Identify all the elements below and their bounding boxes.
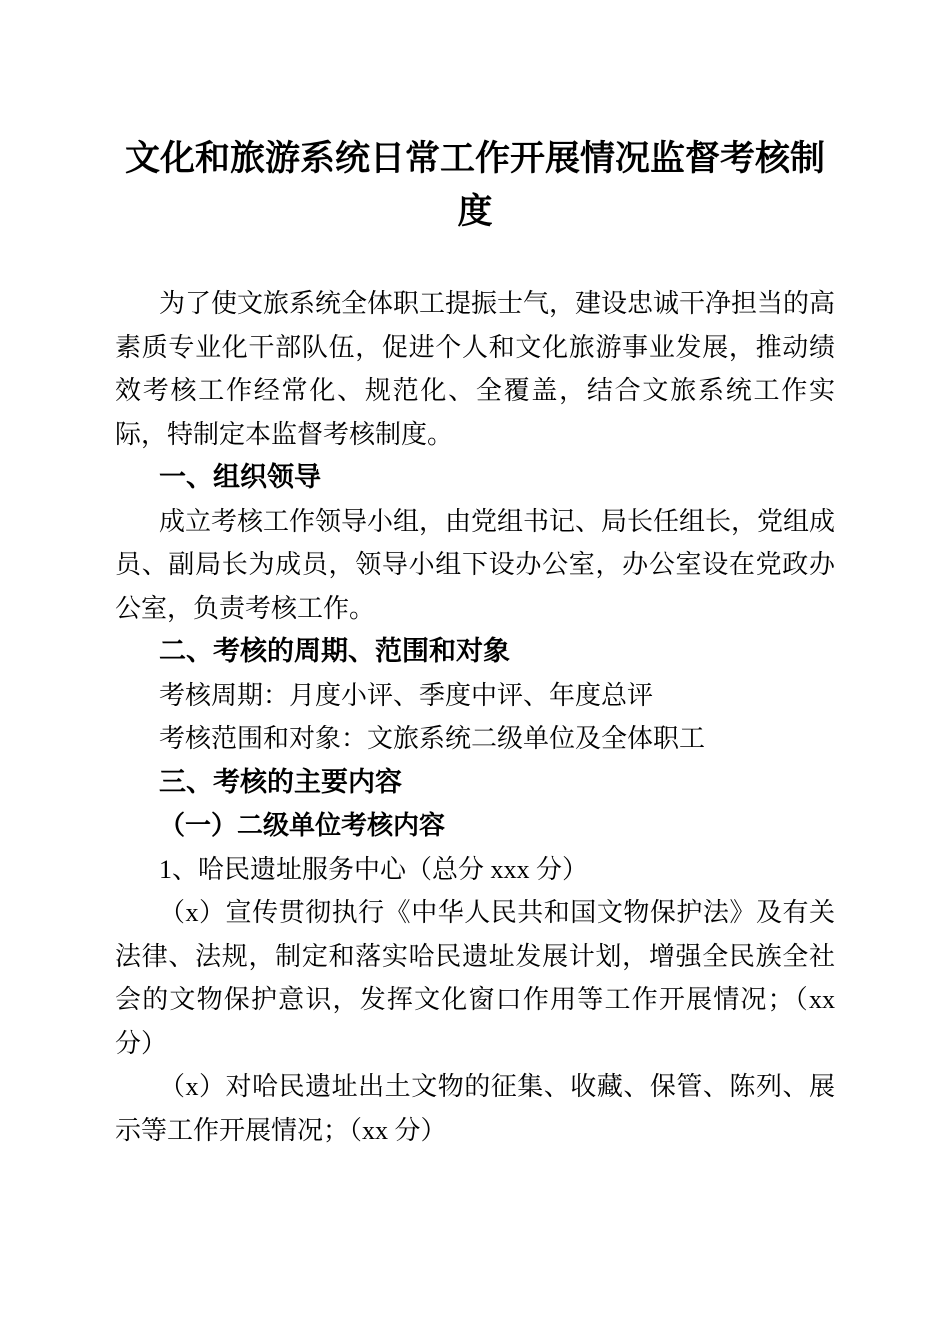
body-paragraph: （x）宣传贯彻执行《中华人民共和国文物保护法》及有关法律、法规，制定和落实哈民遗…: [115, 891, 835, 1065]
document-page: 文化和旅游系统日常工作开展情况监督考核制度 为了使文旅系统全体职工提振士气，建设…: [0, 0, 950, 1344]
body-paragraph: 为了使文旅系统全体职工提振士气，建设忠诚干净担当的高素质专业化干部队伍，促进个人…: [115, 282, 835, 456]
section-heading: 三、考核的主要内容: [115, 761, 835, 805]
body-paragraph: （x）对哈民遗址出土文物的征集、收藏、保管、陈列、展示等工作开展情况；（xx 分…: [115, 1065, 835, 1152]
body-paragraph: 1、哈民遗址服务中心（总分 xxx 分）: [115, 848, 835, 892]
section-heading: 二、考核的周期、范围和对象: [115, 630, 835, 674]
body-paragraph: 考核范围和对象：文旅系统二级单位及全体职工: [115, 717, 835, 761]
body-paragraph: 考核周期：月度小评、季度中评、年度总评: [115, 674, 835, 718]
document-content: 文化和旅游系统日常工作开展情况监督考核制度 为了使文旅系统全体职工提振士气，建设…: [0, 0, 950, 1152]
document-body: 为了使文旅系统全体职工提振士气，建设忠诚干净担当的高素质专业化干部队伍，促进个人…: [115, 282, 835, 1152]
document-title: 文化和旅游系统日常工作开展情况监督考核制度: [115, 132, 835, 238]
section-heading: 一、组织领导: [115, 456, 835, 500]
body-paragraph: 成立考核工作领导小组，由党组书记、局长任组长，党组成员、副局长为成员，领导小组下…: [115, 500, 835, 631]
sub-section-heading: （一）二级单位考核内容: [115, 804, 835, 848]
